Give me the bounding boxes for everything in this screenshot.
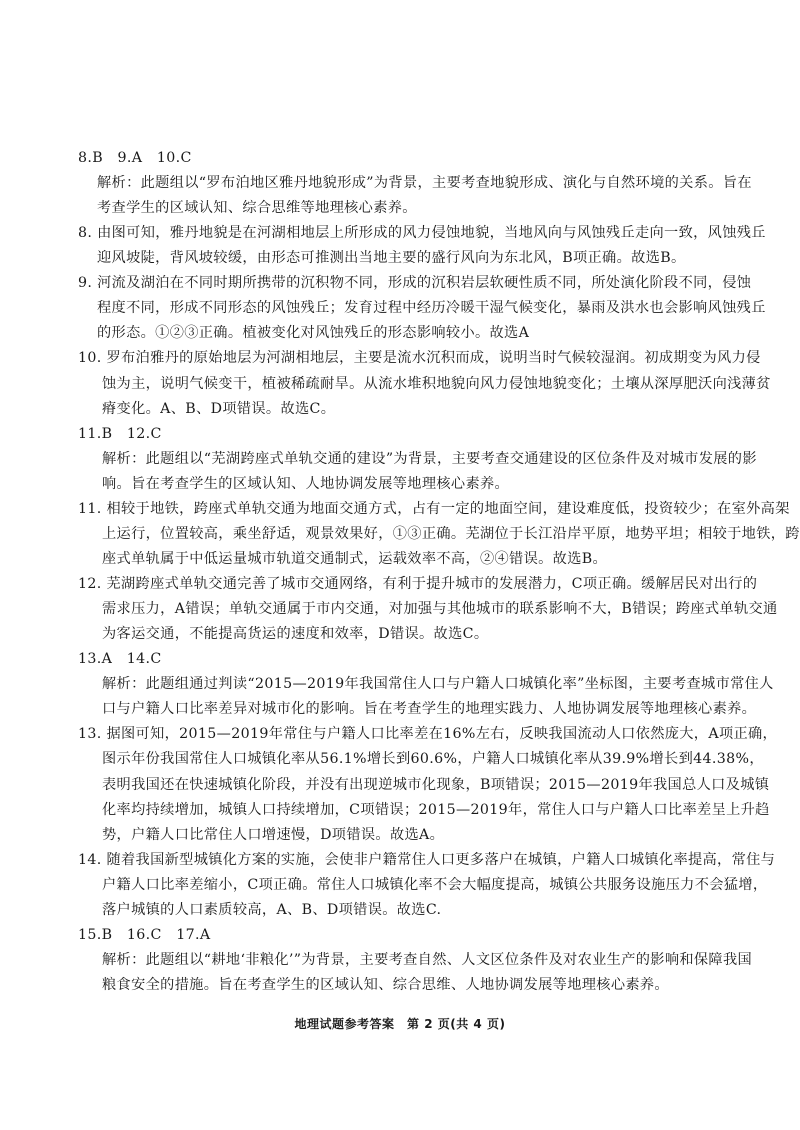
page-footer: 地理试题参考答案 第 2 页(共 4 页) xyxy=(0,1015,800,1032)
answer-text-line: 表明我国还在快速城镇化阶段，并没有出现逆城市化现象，B项错误；2015—2019… xyxy=(102,775,769,795)
answer-heading-line: 13.A 14.C xyxy=(78,649,162,669)
answer-heading-line: 13. 据图可知，2015—2019年常住与户籍人口比率差在16%左右，反映我国… xyxy=(78,724,777,744)
answer-text-line: 的形态。①②③正确。植被变化对风蚀残丘的形态影响较小。故选A xyxy=(97,323,529,343)
answer-text-line: 解析：此题组以“耕地‘非粮化’”为背景，主要考查自然、人文区位条件及对农业生产的… xyxy=(102,950,752,970)
answer-heading-line: 14. 随着我国新型城镇化方案的实施，会使非户籍常住人口更多落户在城镇，户籍人口… xyxy=(78,850,775,870)
answer-heading-line: 10. 罗布泊雅丹的原始地层为河湖相地层，主要是流水沉积而成，说明当时气候较湿润… xyxy=(78,348,761,368)
answer-text-line: 为客运交通，不能提高货运的速度和效率，D错误。故选C。 xyxy=(102,624,488,644)
answer-text-line: 势，户籍人口比常住人口增速慢，D项错误。故选A。 xyxy=(102,825,444,845)
answer-text-line: 程度不同，形成不同形态的风蚀残丘；发育过程中经历冷暖干湿气候变化，暴雨及洪水也会… xyxy=(97,298,766,318)
answer-heading-line: 9. 河流及湖泊在不同时期所携带的沉积物不同，形成的沉积岩层软硬性质不同，所处演… xyxy=(78,273,751,293)
answer-text-line: 蚀为主，说明气候变干，植被稀疏耐旱。从流水堆积地貌向风力侵蚀地貌变化；土壤从深厚… xyxy=(102,374,771,394)
answer-heading-line: 11.B 12.C xyxy=(78,424,162,444)
document-page: 8.B 9.A 10.C解析：此题组以“罗布泊地区雅丹地貌形成”为背景，主要考查… xyxy=(0,0,800,1130)
answer-text-line: 瘠变化。A、B、D项错误。故选C。 xyxy=(102,399,335,419)
answer-text-line: 上运行，位置较高，乘坐舒适，观景效果好，①③正确。芜湖位于长江沿岸平原，地势平坦… xyxy=(102,524,800,544)
answer-text-line: 解析：此题组以“罗布泊地区雅丹地貌形成”为背景，主要考查地貌形成、演化与自然环境… xyxy=(97,173,752,193)
answer-text-line: 解析：此题组通过判读“2015—2019年我国常住人口与户籍人口城镇化率”坐标图… xyxy=(102,674,774,694)
answer-heading-line: 11. 相较于地铁，跨座式单轨交通为地面交通方式，占有一定的地面空间，建设难度低… xyxy=(78,499,790,519)
answer-text-line: 落户城镇的人口素质较高，A、B、D项错误。故选C. xyxy=(102,900,441,920)
answer-text-line: 座式单轨属于中低运量城市轨道交通制式，运载效率不高，②④错误。故选B。 xyxy=(102,549,607,569)
answer-heading-line: 8.B 9.A 10.C xyxy=(78,148,192,168)
answer-text-line: 粮食安全的措施。旨在考查学生的区域认知、综合思维、人地协调发展等地理核心素养。 xyxy=(102,975,669,995)
answer-text-line: 户籍人口比率差缩小，C项正确。常住人口城镇化率不会大幅度提高，城镇公共服务设施压… xyxy=(102,875,767,895)
answer-heading-line: 15.B 16.C 17.A xyxy=(78,925,211,945)
answer-heading-line: 12. 芜湖跨座式单轨交通完善了城市交通网络，有利于提升城市的发展潜力，C项正确… xyxy=(78,574,757,594)
answer-text-line: 迎风坡陡，背风坡较缓，由形态可推测出当地主要的盛行风向为东北风，B项正确。故选B… xyxy=(97,248,686,268)
answer-heading-line: 8. 由图可知，雅丹地貌是在河湖相地层上所形成的风力侵蚀地貌，当地风向与风蚀残丘… xyxy=(78,223,766,243)
answer-text-line: 化率均持续增加，城镇人口持续增加，C项错误；2015—2019年，常住人口与户籍… xyxy=(102,800,770,820)
answer-text-line: 需求压力，A错误；单轨交通属于市内交通，对加强与其他城市的联系影响不大，B错误；… xyxy=(102,599,778,619)
answer-text-line: 响。旨在考查学生的区域认知、人地协调发展等地理核心素养。 xyxy=(102,474,509,494)
answer-text-line: 考查学生的区域认知、综合思维等地理核心素养。 xyxy=(97,198,417,218)
answer-text-line: 解析：此题组以“芜湖跨座式单轨交通的建设”为背景，主要考查交通建设的区位条件及对… xyxy=(102,449,757,469)
answer-text-line: 图示年份我国常住人口城镇化率从56.1%增长到60.6%，户籍人口城镇化率从39… xyxy=(102,749,764,769)
answer-text-line: 口与户籍人口比率差异对城市化的影响。旨在考查学生的地理实践力、人地协调发展等地理… xyxy=(102,699,756,719)
